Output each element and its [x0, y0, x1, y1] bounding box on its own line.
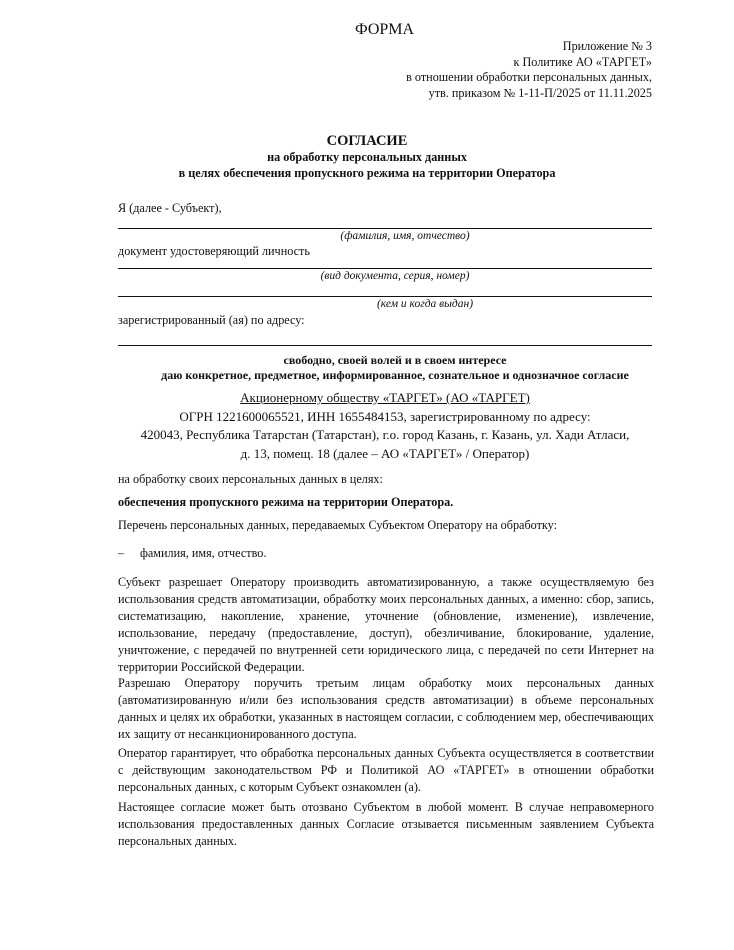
appendix-line: Приложение № 3 — [406, 39, 652, 55]
subject-intro: Я (далее - Субъект), — [118, 200, 222, 217]
title-subtitle: на обработку персональных данных — [0, 149, 734, 165]
consent-statement-line2: даю конкретное, предметное, информирован… — [0, 368, 734, 382]
document-title: СОГЛАСИЕ на обработку персональных данны… — [0, 133, 734, 181]
issued-hint: (кем и когда выдан) — [118, 297, 652, 311]
fio-hint: (фамилия, имя, отчество) — [118, 229, 652, 243]
paragraph-processing-permission: Субъект разрешает Оператору производить … — [118, 574, 654, 676]
title-subtitle: в целях обеспечения пропускного режима н… — [0, 165, 734, 181]
form-label: ФОРМА — [355, 20, 414, 40]
paragraph-operator-guarantee: Оператор гарантирует, что обработка перс… — [118, 745, 654, 796]
appendix-line: к Политике АО «ТАРГЕТ» — [406, 55, 652, 71]
title-main: СОГЛАСИЕ — [0, 133, 734, 149]
operator-registration: ОГРН 1221600065521, ИНН 1655484153, заре… — [100, 408, 670, 427]
document-label: документ удостоверяющий личность — [118, 243, 310, 260]
operator-address: 420043, Республика Татарстан (Татарстан)… — [100, 426, 670, 445]
data-list-intro: Перечень персональных данных, передаваем… — [118, 517, 557, 534]
consent-statement-line1: свободно, своей волей и в своем интересе — [0, 353, 734, 367]
address-label: зарегистрированный (ая) по адресу: — [118, 312, 305, 329]
operator-name: Акционерному обществу «ТАРГЕТ» (АО «ТАРГ… — [240, 390, 530, 405]
operator-details: Акционерному обществу «ТАРГЕТ» (АО «ТАРГ… — [100, 389, 670, 463]
paragraph-withdrawal: Настоящее согласие может быть отозвано С… — [118, 799, 654, 850]
appendix-line: в отношении обработки персональных данны… — [406, 70, 652, 86]
list-item: фамилия, имя, отчество. — [140, 545, 266, 562]
appendix-reference: Приложение № 3 к Политике АО «ТАРГЕТ» в … — [406, 39, 652, 101]
operator-address-cont: д. 13, помещ. 18 (далее – АО «ТАРГЕТ» / … — [100, 445, 670, 464]
address-field-line[interactable] — [118, 345, 652, 346]
list-bullet-dash: – — [118, 545, 124, 562]
appendix-line: утв. приказом № 1-11-П/2025 от 11.11.202… — [406, 86, 652, 102]
paragraph-third-party: Разрешаю Оператору поручить третьим лица… — [118, 675, 654, 743]
document-hint: (вид документа, серия, номер) — [118, 269, 652, 283]
purpose-value: обеспечения пропускного режима на террит… — [118, 494, 453, 511]
purpose-intro: на обработку своих персональных данных в… — [118, 471, 383, 488]
